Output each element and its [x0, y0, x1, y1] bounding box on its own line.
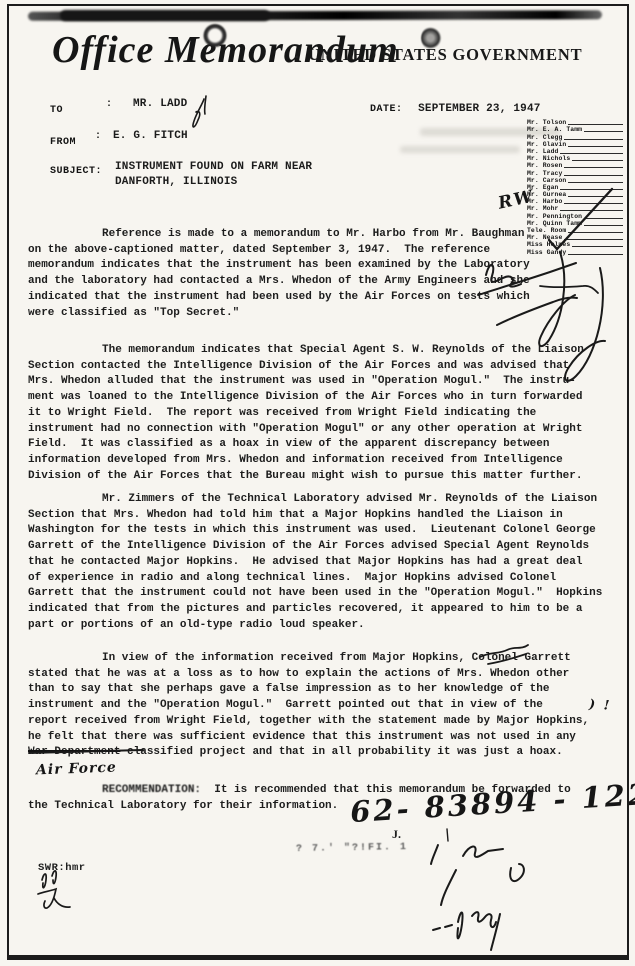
- routing-underline: [568, 182, 623, 183]
- from-value: E. G. FITCH: [113, 130, 188, 142]
- routing-underline: [584, 218, 623, 219]
- routing-underline: [564, 203, 623, 204]
- paragraph-4-text-end: classified project and that in all proba…: [120, 746, 562, 758]
- routing-underline: [560, 189, 623, 190]
- subject-label: SUBJECT:: [50, 166, 102, 177]
- date-row: DATE: SEPTEMBER 23, 1947: [370, 98, 541, 116]
- distribution-list-item: Mr. Clegg: [527, 133, 624, 140]
- from-row: FROM : E. G. FITCH: [50, 131, 76, 149]
- paragraph-4-text: In view of the information received from…: [28, 652, 589, 743]
- distribution-list-item: Mr. Tracy: [527, 169, 624, 176]
- from-colon: :: [95, 131, 102, 142]
- paragraph-1: Reference is made to a memorandum to Mr.…: [28, 227, 616, 321]
- bottom-left-scribble: [38, 871, 70, 908]
- routing-underline: [584, 225, 623, 226]
- routing-underline: [564, 139, 623, 140]
- distribution-name: Mr. E. A. Tamm: [527, 126, 582, 133]
- handwritten-correction-air-force: Air Force: [36, 760, 117, 779]
- to-label: TO: [50, 105, 63, 116]
- distribution-name: Mr. Carson: [527, 177, 566, 184]
- distribution-list-item: Mr. Quinn Tamm: [527, 220, 624, 227]
- routing-underline: [568, 196, 623, 197]
- distribution-list-item: Mr. Egan: [527, 184, 624, 191]
- subject-value: INSTRUMENT FOUND ON FARM NEAR DANFORTH, …: [115, 160, 375, 190]
- distribution-list-item: Mr. Nichols: [527, 155, 624, 162]
- to-value: MR. LADD: [133, 98, 187, 110]
- distribution-name: Mr. Pennington: [527, 213, 582, 220]
- distribution-name: Mr. Tracy: [527, 170, 562, 177]
- routing-underline: [584, 131, 623, 132]
- struck-text-war-department: War Department: [28, 746, 120, 758]
- file-number-tick: [447, 829, 448, 841]
- distribution-name: Mr. Nichols: [527, 155, 570, 162]
- faded-date-stamp: ? 7.' "?!FI. 1: [296, 842, 408, 855]
- distribution-name: Mr. Rosen: [527, 162, 562, 169]
- distribution-name: Mr. Clegg: [527, 134, 562, 141]
- subject-row: SUBJECT: INSTRUMENT FOUND ON FARM NEAR D…: [50, 160, 102, 178]
- distribution-list-item: Mr. E. A. Tamm: [527, 126, 624, 133]
- distribution-list-item: Mr. Pennington: [527, 212, 624, 219]
- from-label: FROM: [50, 137, 76, 148]
- typist-initials: SWR:hmr: [38, 862, 86, 874]
- to-row: TO : MR. LADD: [50, 99, 63, 117]
- margin-pen-mark: ) !: [589, 697, 612, 714]
- paragraph-4: In view of the information received from…: [28, 651, 616, 761]
- distribution-list-item: Mr. Glavin: [527, 141, 624, 148]
- pen-tick-after-ladd: [193, 96, 206, 127]
- scan-smudge-bar-dark: [60, 10, 270, 21]
- memo-page: Office Memorandum · UNITED STATES GOVERN…: [0, 0, 635, 966]
- scan-ghosting: [400, 146, 520, 153]
- routing-underline: [560, 210, 623, 211]
- routing-underline: [572, 160, 623, 161]
- routing-underline: [564, 175, 623, 176]
- distribution-list-item: Mr. Ladd: [527, 148, 624, 155]
- routing-underline: [564, 167, 623, 168]
- routing-underline: [568, 146, 623, 147]
- date-label: DATE:: [370, 104, 403, 115]
- distribution-list-item: Mr. Mohr: [527, 205, 624, 212]
- distribution-name: Mr. Ladd: [527, 148, 558, 155]
- paragraph-3: Mr. Zimmers of the Technical Laboratory …: [28, 492, 616, 633]
- masthead-separator-dot: ·: [292, 48, 302, 66]
- routing-underline: [568, 124, 623, 125]
- distribution-name: Mr. Glavin: [527, 141, 566, 148]
- distribution-name: Mr. Tolson: [527, 119, 566, 126]
- recommendation-label: RECOMMENDATION:: [102, 784, 201, 796]
- masthead-org-title: UNITED STATES GOVERNMENT: [308, 45, 582, 65]
- distribution-list-item: Mr. Rosen: [527, 162, 624, 169]
- paragraph-2: The memorandum indicates that Special Ag…: [28, 343, 616, 484]
- bottom-right-scribble: [431, 845, 524, 950]
- j-stamp-mark: J.: [392, 827, 401, 842]
- distribution-name: Mr. Quinn Tamm: [527, 220, 582, 227]
- date-value: SEPTEMBER 23, 1947: [418, 103, 540, 115]
- distribution-list-item: Mr. Carson: [527, 177, 624, 184]
- distribution-list-item: Mr. Tolson: [527, 119, 624, 126]
- routing-underline: [560, 153, 623, 154]
- distribution-list-item: Mr. Gurnea: [527, 191, 624, 198]
- distribution-list-item: Mr. Harbo: [527, 198, 624, 205]
- to-colon: :: [106, 99, 113, 110]
